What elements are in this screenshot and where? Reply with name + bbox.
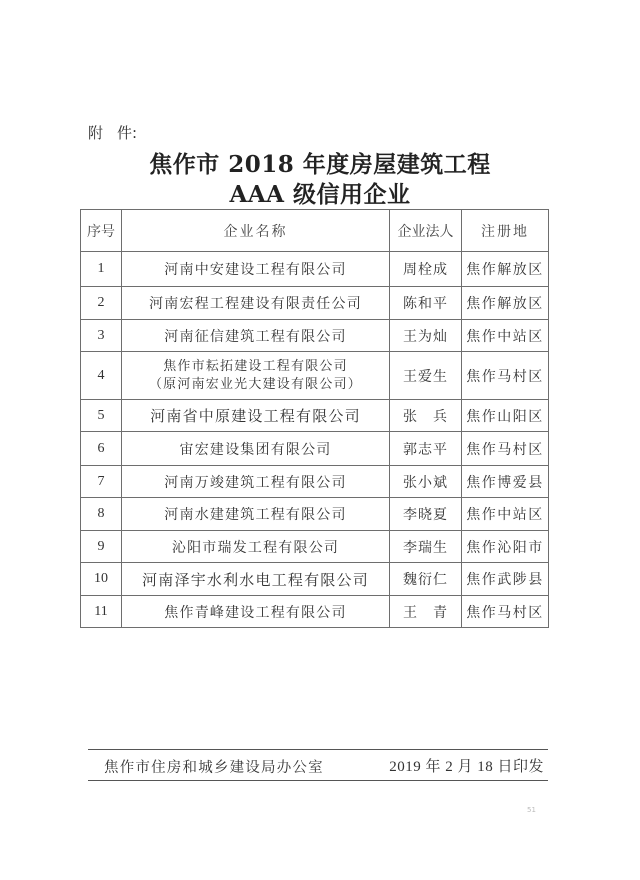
cell-no: 2 xyxy=(81,287,122,320)
table-row: 1 河南中安建设工程有限公司 周栓成 焦作解放区 xyxy=(81,252,549,287)
cell-person: 周栓成 xyxy=(390,252,462,287)
header-name: 企业名称 xyxy=(122,210,390,252)
cell-name-former: （原河南宏业光大建设有限公司） xyxy=(122,376,389,394)
cell-person: 王为灿 xyxy=(390,320,462,352)
cell-person: 陈和平 xyxy=(390,287,462,320)
cell-place: 焦作马村区 xyxy=(462,596,549,628)
table-row: 5 河南省中原建设工程有限公司 张 兵 焦作山阳区 xyxy=(81,400,549,432)
cell-no: 1 xyxy=(81,252,122,287)
table-row: 4 焦作市耘拓建设工程有限公司 （原河南宏业光大建设有限公司） 王爱生 焦作马村… xyxy=(81,352,549,400)
table-row: 11 焦作青峰建设工程有限公司 王 青 焦作马村区 xyxy=(81,596,549,628)
cell-name: 河南万竣建筑工程有限公司 xyxy=(122,466,390,498)
table-row: 9 沁阳市瑞发工程有限公司 李瑞生 焦作沁阳市 xyxy=(81,531,549,563)
cell-place: 焦作解放区 xyxy=(462,252,549,287)
cell-name: 河南水建建筑工程有限公司 xyxy=(122,498,390,531)
cell-person: 李晓夏 xyxy=(390,498,462,531)
cell-no: 4 xyxy=(81,352,122,400)
header-place: 注册地 xyxy=(462,210,549,252)
cell-name: 河南中安建设工程有限公司 xyxy=(122,252,390,287)
cell-place: 焦作博爱县 xyxy=(462,466,549,498)
enterprise-table: 序号 企业名称 企业法人 注册地 1 河南中安建设工程有限公司 周栓成 焦作解放… xyxy=(80,209,549,628)
attachment-label-part2: 件: xyxy=(117,124,137,142)
table-header-row: 序号 企业名称 企业法人 注册地 xyxy=(81,210,549,252)
header-no: 序号 xyxy=(81,210,122,252)
cell-person: 李瑞生 xyxy=(390,531,462,563)
cell-no: 11 xyxy=(81,596,122,628)
table-row: 6 宙宏建设集团有限公司 郭志平 焦作马村区 xyxy=(81,432,549,466)
footer-top-rule xyxy=(88,749,548,750)
footer-bottom-rule xyxy=(88,780,548,781)
cell-no: 5 xyxy=(81,400,122,432)
cell-name: 河南征信建筑工程有限公司 xyxy=(122,320,390,352)
cell-place: 焦作武陟县 xyxy=(462,563,549,596)
cell-person: 王爱生 xyxy=(390,352,462,400)
table-row: 2 河南宏程工程建设有限责任公司 陈和平 焦作解放区 xyxy=(81,287,549,320)
cell-place: 焦作沁阳市 xyxy=(462,531,549,563)
header-person: 企业法人 xyxy=(390,210,462,252)
cell-name: 宙宏建设集团有限公司 xyxy=(122,432,390,466)
cell-no: 6 xyxy=(81,432,122,466)
cell-person: 郭志平 xyxy=(390,432,462,466)
table-row: 8 河南水建建筑工程有限公司 李晓夏 焦作中站区 xyxy=(81,498,549,531)
cell-no: 10 xyxy=(81,563,122,596)
cell-name: 焦作市耘拓建设工程有限公司 （原河南宏业光大建设有限公司） xyxy=(122,352,390,400)
cell-name: 焦作青峰建设工程有限公司 xyxy=(122,596,390,628)
issue-date: 2019 年 2 月 18 日印发 xyxy=(389,755,544,776)
cell-person: 张 兵 xyxy=(390,400,462,432)
cell-person: 张小斌 xyxy=(390,466,462,498)
table-row: 3 河南征信建筑工程有限公司 王为灿 焦作中站区 xyxy=(81,320,549,352)
cell-no: 7 xyxy=(81,466,122,498)
cell-name: 沁阳市瑞发工程有限公司 xyxy=(122,531,390,563)
document-title-line1: 焦作市 2018 年度房屋建筑工程 xyxy=(0,146,640,179)
cell-place: 焦作解放区 xyxy=(462,287,549,320)
cell-person: 王 青 xyxy=(390,596,462,628)
cell-place: 焦作山阳区 xyxy=(462,400,549,432)
cell-place: 焦作中站区 xyxy=(462,320,549,352)
cell-person: 魏衍仁 xyxy=(390,563,462,596)
cell-place: 焦作中站区 xyxy=(462,498,549,531)
issuing-office: 焦作市住房和城乡建设局办公室 xyxy=(104,756,324,777)
table-row: 10 河南泽宇水利水电工程有限公司 魏衍仁 焦作武陟县 xyxy=(81,563,549,596)
cell-name: 河南宏程工程建设有限责任公司 xyxy=(122,287,390,320)
document-title-line2: AAA 级信用企业 xyxy=(0,176,640,209)
cell-place: 焦作马村区 xyxy=(462,352,549,400)
cell-place: 焦作马村区 xyxy=(462,432,549,466)
cell-no: 3 xyxy=(81,320,122,352)
cell-name-main: 焦作市耘拓建设工程有限公司 xyxy=(122,358,389,376)
page-mark: 51 xyxy=(527,806,536,814)
table-row: 7 河南万竣建筑工程有限公司 张小斌 焦作博爱县 xyxy=(81,466,549,498)
attachment-label: 附件: xyxy=(88,122,137,143)
cell-no: 9 xyxy=(81,531,122,563)
cell-name: 河南泽宇水利水电工程有限公司 xyxy=(122,563,390,596)
cell-name: 河南省中原建设工程有限公司 xyxy=(122,400,390,432)
cell-no: 8 xyxy=(81,498,122,531)
attachment-label-part1: 附 xyxy=(88,124,103,142)
